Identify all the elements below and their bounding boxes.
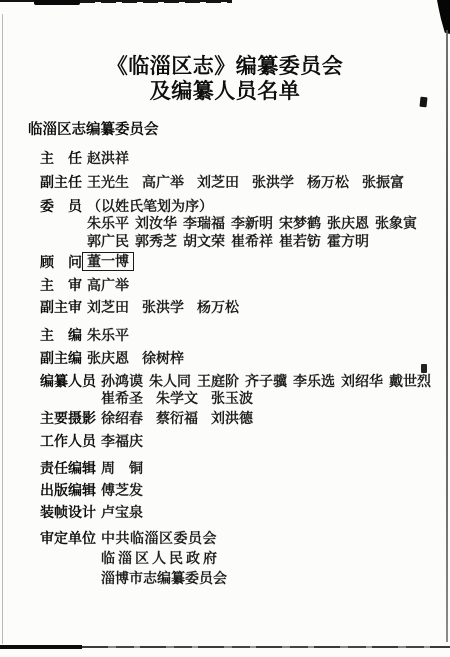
page-title-line1: 《临淄区志》编纂委员会 bbox=[0, 54, 450, 79]
person-name: 刘芝田 bbox=[197, 174, 239, 190]
row-advisor: 顾 问 董一博 bbox=[40, 254, 450, 271]
row-publishing-editor: 出版编辑 傅芝发 bbox=[40, 482, 450, 498]
row-members-2: 郭广民 郭秀芝 胡文荣 崔希祥 崔若钫 霍方明 bbox=[40, 233, 450, 249]
row-compilers-1: 编纂人员 孙鸿谟 朱人同 王庭阶 齐子骥 李乐选 刘绍华 戴世烈 bbox=[40, 373, 450, 389]
person-name: 刘洪德 bbox=[211, 410, 253, 426]
person-name: 宋梦鹤 bbox=[279, 215, 321, 231]
role-label-members: 委 员 bbox=[40, 198, 82, 214]
person-name: 高广举 bbox=[87, 277, 129, 293]
person-name: 李新明 bbox=[231, 215, 273, 231]
row-binding-designer: 装帧设计 卢宝泉 bbox=[40, 504, 450, 520]
person-name: 杨万松 bbox=[197, 299, 239, 315]
approval-org: 临淄区人民政府 bbox=[101, 550, 227, 565]
row-members-label: 委 员 （以姓氏笔划为序） bbox=[40, 198, 450, 214]
person-name: 赵洪祥 bbox=[87, 150, 129, 166]
approval-organizations: 中共临淄区委员会 临淄区人民政府 淄博市志编纂委员会 bbox=[101, 530, 227, 590]
person-name: 郭广民 bbox=[87, 233, 129, 249]
role-label-approval: 审定单位 bbox=[40, 530, 96, 546]
role-label-director: 主 任 bbox=[40, 150, 82, 166]
row-chief-reviewer: 主 审 高广举 bbox=[40, 277, 450, 293]
person-name: 朱学文 bbox=[156, 390, 198, 406]
person-name: 李瑞福 bbox=[183, 215, 225, 231]
role-label-compilers: 编纂人员 bbox=[40, 373, 96, 389]
person-name-boxed: 董一博 bbox=[82, 252, 134, 271]
role-label-chief-reviewer: 主 审 bbox=[40, 277, 82, 293]
page-title-line2: 及编纂人员名单 bbox=[0, 79, 450, 104]
person-name: 傅芝发 bbox=[101, 482, 143, 498]
person-name: 张象寅 bbox=[375, 215, 417, 231]
row-staff: 工作人员 李福庆 bbox=[40, 433, 450, 449]
role-label-deputy-director: 副主任 bbox=[40, 174, 82, 190]
person-name: 刘汝华 bbox=[135, 215, 177, 231]
person-name: 张庆恩 bbox=[87, 350, 129, 366]
person-name: 卢宝泉 bbox=[101, 504, 143, 520]
person-name: 张洪学 bbox=[252, 174, 294, 190]
person-name: 蔡衍福 bbox=[156, 410, 198, 426]
row-director: 主 任 赵洪祥 bbox=[40, 150, 450, 166]
person-name: 刘芝田 bbox=[87, 299, 129, 315]
row-compilers-2: 崔希圣 朱学文 张玉波 bbox=[40, 390, 450, 406]
scan-artifact-top-blotch bbox=[34, 0, 80, 5]
row-deputy-directors: 副主任 王光生 高广举 刘芝田 张洪学 杨万松 张振富 bbox=[40, 174, 450, 190]
row-approval: 审定单位 中共临淄区委员会 临淄区人民政府 淄博市志编纂委员会 bbox=[40, 530, 450, 590]
role-label-staff: 工作人员 bbox=[40, 433, 96, 449]
approval-org: 中共临淄区委员会 bbox=[101, 530, 227, 545]
person-name: 刘绍华 bbox=[341, 373, 383, 389]
sort-order-note: （以姓氏笔划为序） bbox=[87, 198, 213, 214]
row-chief-editor: 主 编 朱乐平 bbox=[40, 327, 450, 343]
scan-artifact-corner-blob bbox=[437, 0, 450, 34]
person-name: 徐绍春 bbox=[101, 410, 143, 426]
person-name: 戴世烈 bbox=[389, 373, 431, 389]
role-label-publishing-editor: 出版编辑 bbox=[40, 482, 96, 498]
person-name: 崔若钫 bbox=[279, 233, 321, 249]
role-label-deputy-reviewer: 副主审 bbox=[40, 299, 82, 315]
scan-artifact-bottom-edge bbox=[0, 645, 82, 649]
role-label-deputy-editor: 副主编 bbox=[40, 350, 82, 366]
person-name: 霍方明 bbox=[327, 233, 369, 249]
person-name: 孙鸿谟 bbox=[101, 373, 143, 389]
person-name: 朱人同 bbox=[149, 373, 191, 389]
row-members-1: 朱乐平 刘汝华 李瑞福 李新明 宋梦鹤 张庆恩 张象寅 bbox=[40, 215, 450, 231]
page-title: 《临淄区志》编纂委员会 及编纂人员名单 bbox=[0, 54, 450, 104]
person-name: 徐树梓 bbox=[142, 350, 184, 366]
row-deputy-reviewers: 副主审 刘芝田 张洪学 杨万松 bbox=[40, 299, 450, 315]
role-label-binding-designer: 装帧设计 bbox=[40, 504, 96, 520]
person-name: 胡文荣 bbox=[183, 233, 225, 249]
person-name: 王庭阶 bbox=[197, 373, 239, 389]
person-name: 张庆恩 bbox=[327, 215, 369, 231]
person-name: 杨万松 bbox=[307, 174, 349, 190]
person-name: 朱乐平 bbox=[87, 327, 129, 343]
scan-artifact-bottom-dashes bbox=[82, 646, 450, 648]
scan-artifact-left-edge-line bbox=[2, 14, 3, 644]
role-label-chief-editor: 主 编 bbox=[40, 327, 82, 343]
person-name: 郭秀芝 bbox=[135, 233, 177, 249]
approval-org: 淄博市志编纂委员会 bbox=[101, 570, 227, 585]
row-deputy-editors: 副主编 张庆恩 徐树梓 bbox=[40, 350, 450, 366]
scan-artifact-top-edge bbox=[0, 0, 232, 2]
person-name: 高广举 bbox=[142, 174, 184, 190]
role-label-advisor: 顾 问 bbox=[40, 254, 82, 270]
role-label-responsible-editor: 责任编辑 bbox=[40, 460, 96, 476]
scan-artifact-top-dashes bbox=[80, 0, 232, 3]
person-name: 齐子骥 bbox=[245, 373, 287, 389]
person-name: 李福庆 bbox=[101, 433, 143, 449]
person-name: 周 铜 bbox=[101, 460, 143, 476]
person-name: 张振富 bbox=[362, 174, 404, 190]
person-name: 王光生 bbox=[87, 174, 129, 190]
role-label-photographers: 主要摄影 bbox=[40, 410, 96, 426]
person-name: 李乐选 bbox=[293, 373, 335, 389]
person-name: 朱乐平 bbox=[87, 215, 129, 231]
person-name: 崔希圣 bbox=[101, 390, 143, 406]
scanned-book-page: 《临淄区志》编纂委员会 及编纂人员名单 临淄区志编纂委员会 主 任 赵洪祥 副主… bbox=[0, 0, 450, 657]
row-photographers: 主要摄影 徐绍春 蔡衍福 刘洪德 bbox=[40, 410, 450, 426]
row-responsible-editor: 责任编辑 周 铜 bbox=[40, 460, 450, 476]
person-name: 崔希祥 bbox=[231, 233, 273, 249]
person-name: 张玉波 bbox=[211, 390, 253, 406]
person-name: 张洪学 bbox=[142, 299, 184, 315]
section-header-committee: 临淄区志编纂委员会 bbox=[28, 118, 450, 139]
